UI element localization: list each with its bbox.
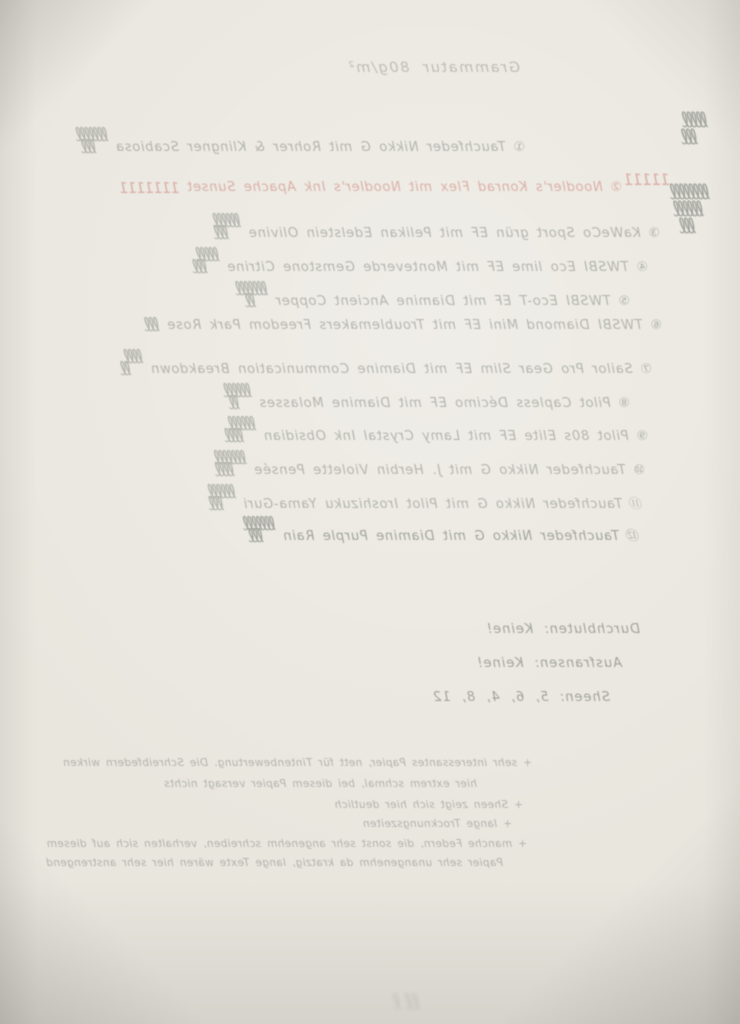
note-line: hier extrem schmal, bei diesem Papier ve… <box>164 778 477 790</box>
test-entry-9: ⑨Pilot 80s Elite EF mit Lamy Crystal Ink… <box>227 419 648 444</box>
ink-swatch-scribble: ℓℓℓ <box>147 320 160 331</box>
entry-text: Pilot 80s Elite EF mit Lamy Crystal Ink … <box>263 429 628 444</box>
entry-text: TWSBI Eco-T EF mit Diamine Ancient Coppe… <box>275 294 611 309</box>
ink-swatch-scribble: ℓℓℓℓℓℓℓℓℓℓℓ <box>216 453 246 476</box>
ink-swatch-scribble: ℓℓℓℓℓℓℓℓℓ <box>210 487 236 510</box>
summary-bleedthrough: Durchbluten: Keine! <box>486 622 640 637</box>
ink-swatch-scribble: ℓℓℓℓℓℓℓℓℓ <box>238 284 268 307</box>
entry-number: ⑫ <box>626 529 640 544</box>
ink-swatch-scribble: ℓℓℓℓℓℓℓℓℓ <box>215 216 241 239</box>
page-title: Grammatur 80g/m² <box>347 60 520 76</box>
ghost-smudge: ℓℓ ℓ <box>394 990 420 1015</box>
entry-text: Tauchfeder Nikko G mit Rohrer & Klingner… <box>115 140 505 155</box>
entry-number: ⑦ <box>640 362 652 377</box>
test-entry-6: ⑥TWSBI Diamond Mini EF mit Troublemakers… <box>147 318 662 333</box>
entry-text: TWSBI Eco lime EF mit Monteverde Gemston… <box>227 260 629 275</box>
ink-swatch-scribble: ℓℓℓℓℓℓℓℓ <box>226 386 252 409</box>
test-entry-7: ⑦Sailor Pro Gear Slim EF mit Diamine Com… <box>123 352 652 377</box>
entry-text: Noodler's Konrad Flex mit Noodler's Ink … <box>187 180 603 195</box>
test-entry-5: ⑤TWSBI Eco-T EF mit Diamine Ancient Copp… <box>238 284 630 309</box>
entry-number: ③ <box>648 226 660 241</box>
entry-text: TWSBI Diamond Mini EF mit Troublemakers … <box>167 318 643 333</box>
entry-number: ⑧ <box>618 396 630 411</box>
photo-of-test-sheet: Grammatur 80g/m² ℓℓℓℓℓ ℓℓℓ 11111 ℓℓℓℓℓℓℓ… <box>0 0 740 1024</box>
margin-scribble: ℓℓℓℓℓℓℓℓ ℓℓℓℓℓℓ ℓℓℓ <box>673 184 710 235</box>
test-entry-10: ⑩Tauchfeder Nikko G mit J. Herbin Violet… <box>216 453 645 478</box>
test-entry-3: ③KaWeCo Sport grün EF mit Pelikan Edelst… <box>215 216 660 241</box>
ink-swatch-scribble: ℓℓℓℓℓℓ <box>123 352 144 375</box>
entry-number: ⑩ <box>633 463 645 478</box>
entry-number: ⑥ <box>650 318 662 333</box>
test-entry-8: ⑧Pilot Capless Décimo EF mit Diamine Mol… <box>226 386 630 411</box>
entry-text: Pilot Capless Décimo EF mit Diamine Mola… <box>259 396 611 411</box>
test-entry-2: ②Noodler's Konrad Flex mit Noodler's Ink… <box>120 180 622 195</box>
test-entry-1: ①Tauchfeder Nikko G mit Rohrer & Klingne… <box>78 130 525 155</box>
test-entry-11: ⑪Tauchfeder Nikko G mit Pilot Iroshizuku… <box>210 487 643 512</box>
ink-swatch-scribble: ℓℓℓℓℓℓℓℓℓℓ <box>227 419 256 442</box>
test-entry-12: ⑫Tauchfeder Nikko G mit Diamine Purple R… <box>245 519 640 544</box>
ink-swatch-scribble: 1111111 <box>120 183 180 194</box>
summary-sheen: Sheen: 5, 6, 4, 8, 12 <box>432 690 610 705</box>
entry-number: ② <box>610 180 622 195</box>
summary-feathering: Ausfransen: Keine! <box>476 656 622 671</box>
ink-swatch-scribble: ℓℓℓℓℓℓℓℓℓℓ <box>78 130 108 153</box>
note-line: Papier sehr unangenehm da kratzig, lange… <box>46 857 503 869</box>
entry-number: ⑨ <box>636 429 648 444</box>
entry-number: ⑪ <box>629 497 643 512</box>
margin-scribble: ℓℓℓℓℓ ℓℓℓ <box>684 112 708 146</box>
note-line: + sehr interessantes Papier, nett für Ti… <box>63 757 532 769</box>
ink-swatch-scribble: ℓℓℓℓℓℓℓℓ <box>195 250 220 273</box>
note-line: + manche Federn, die sonst sehr angenehm… <box>46 838 527 850</box>
entry-text: Tauchfeder Nikko G mit Diamine Purple Ra… <box>283 529 620 544</box>
note-line: + Sheen zeigt sich hier deutlich <box>334 799 523 811</box>
entry-number: ④ <box>636 260 648 275</box>
ink-swatch-scribble: ℓℓℓℓℓℓℓℓℓℓ <box>245 519 275 542</box>
entry-text: Tauchfeder Nikko G mit J. Herbin Violett… <box>254 463 626 478</box>
mirrored-bleedthrough-layer: Grammatur 80g/m² ℓℓℓℓℓ ℓℓℓ 11111 ℓℓℓℓℓℓℓ… <box>0 0 740 1024</box>
margin-scribble-pink: 11111 <box>624 172 670 188</box>
entry-number: ⑤ <box>618 294 630 309</box>
entry-text: Tauchfeder Nikko G mit Pilot Iroshizuku … <box>243 497 622 512</box>
entry-text: Sailor Pro Gear Slim EF mit Diamine Comm… <box>150 362 632 377</box>
note-line: + lange Trocknungszeiten <box>363 818 512 830</box>
test-entry-4: ④TWSBI Eco lime EF mit Monteverde Gemsto… <box>195 250 648 275</box>
entry-number: ① <box>513 140 525 155</box>
entry-text: KaWeCo Sport grün EF mit Pelikan Edelste… <box>248 226 640 241</box>
